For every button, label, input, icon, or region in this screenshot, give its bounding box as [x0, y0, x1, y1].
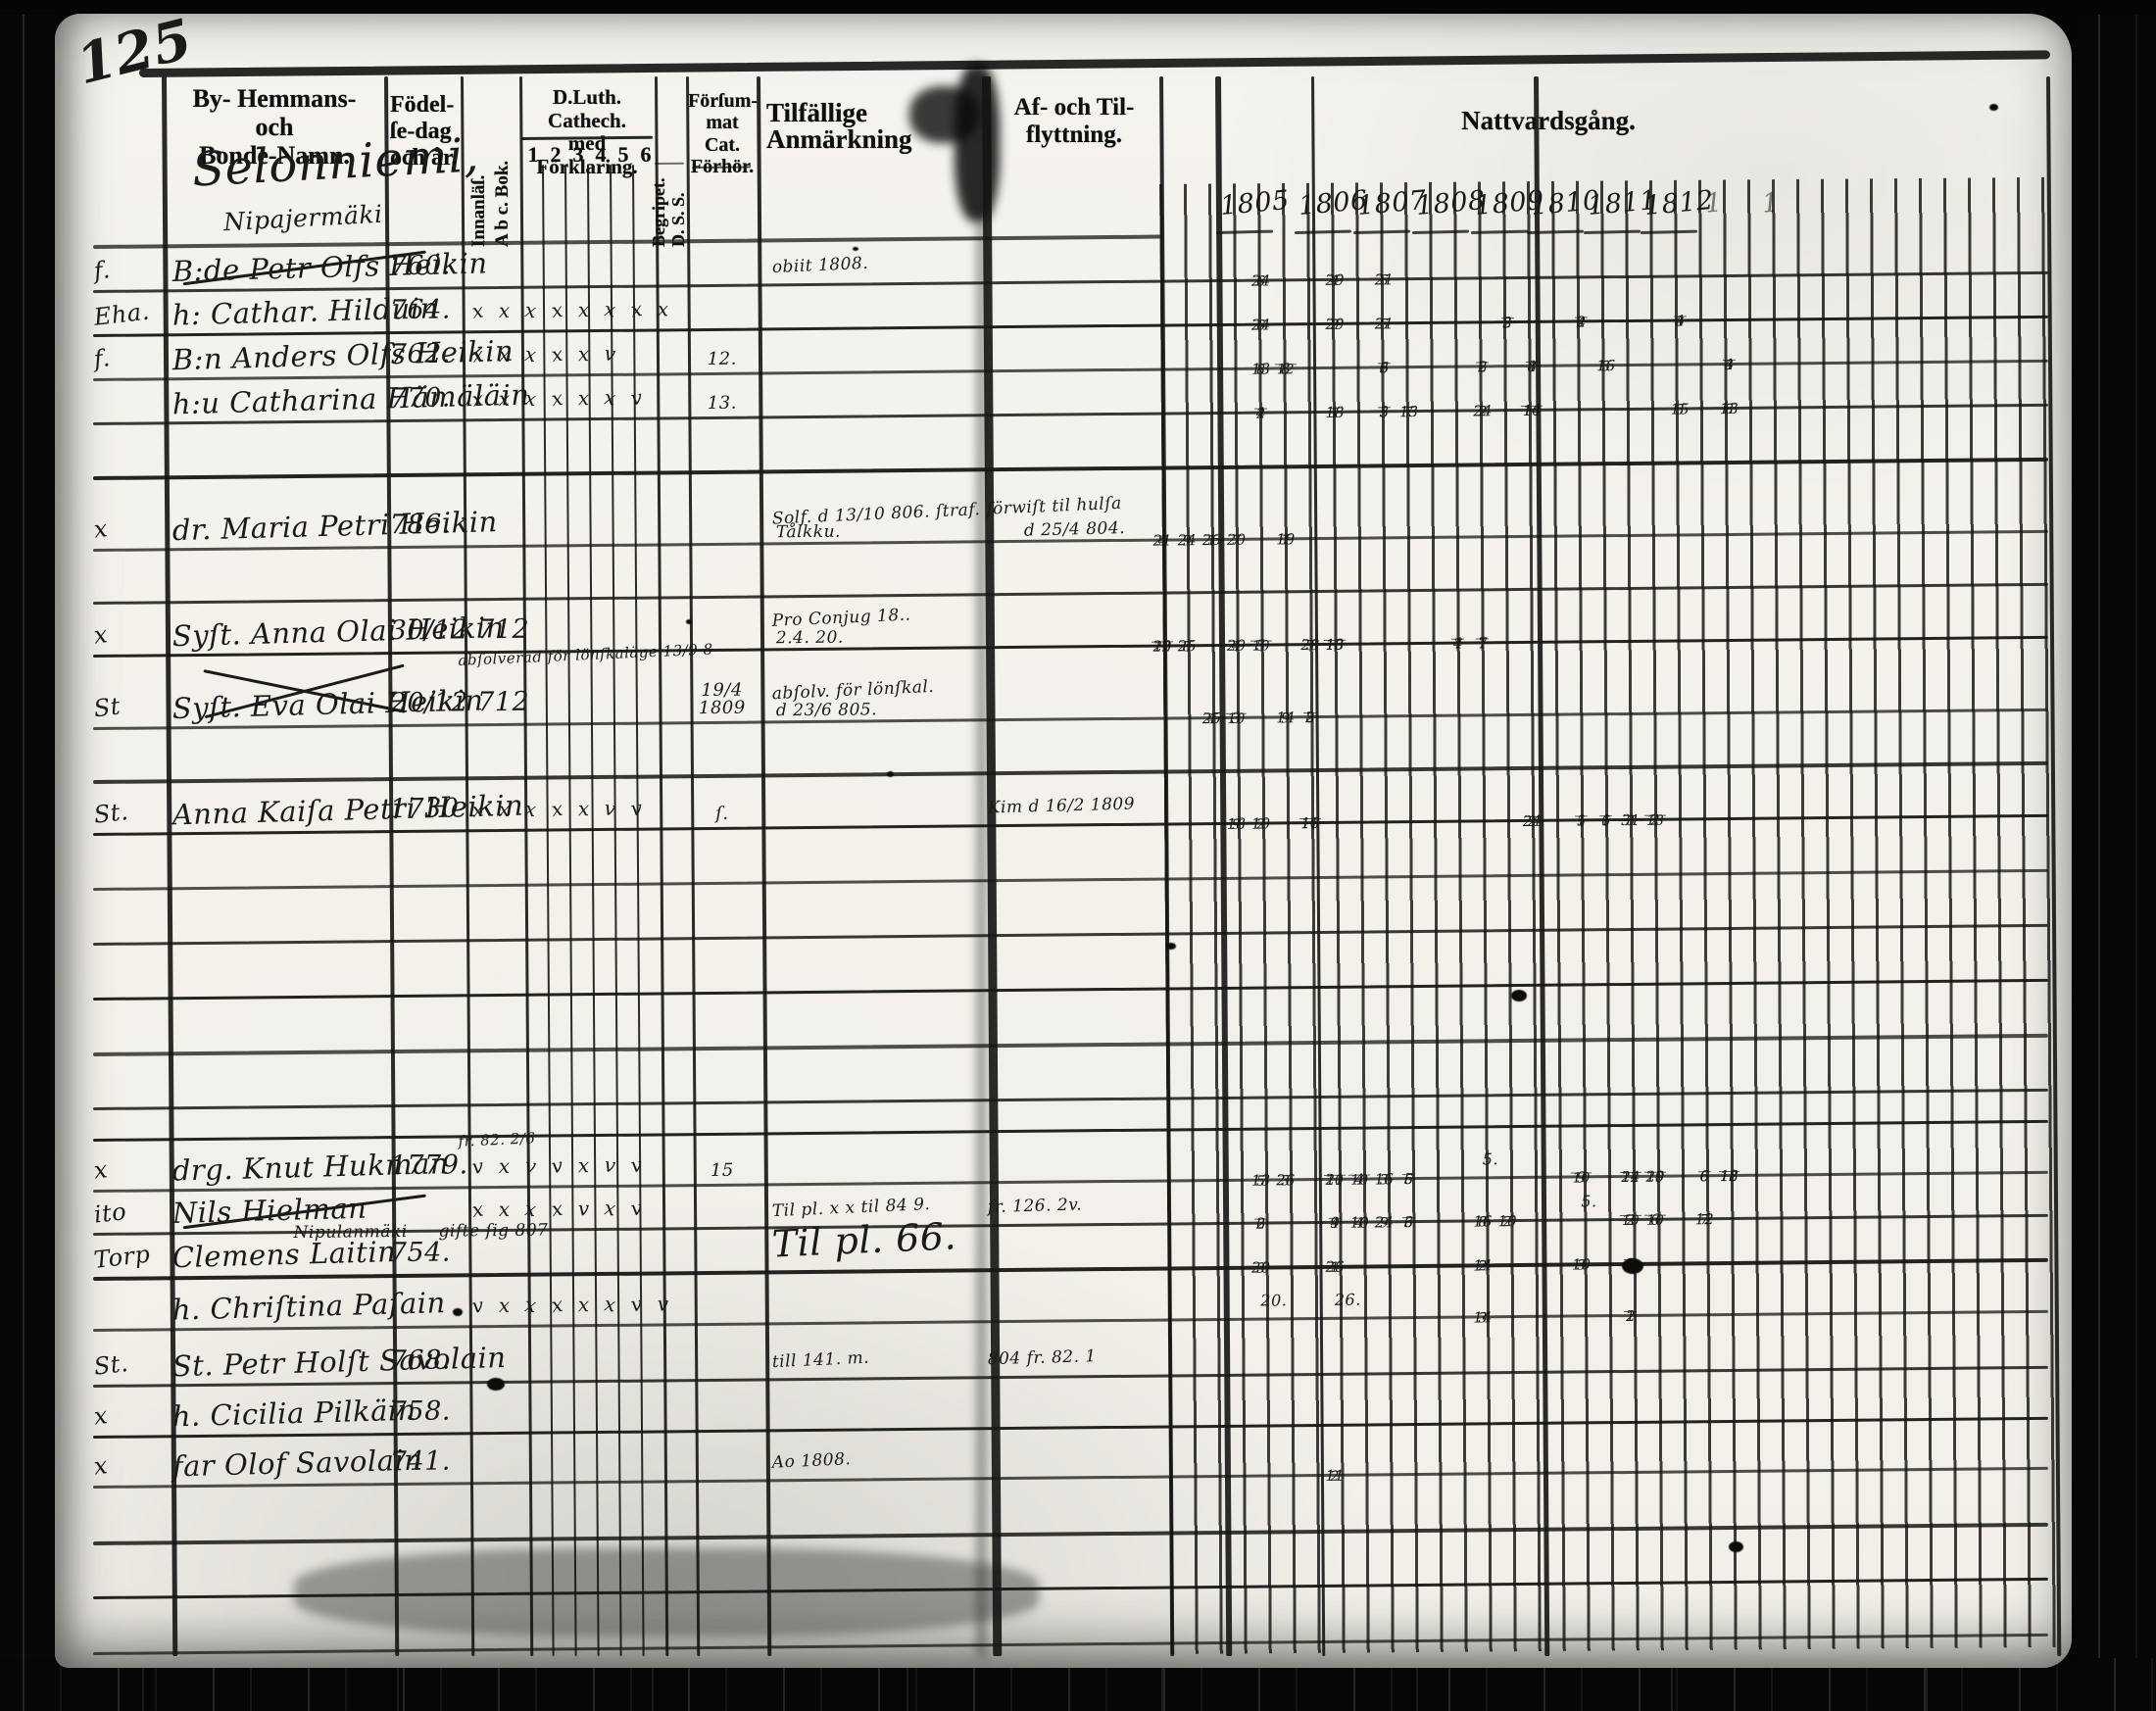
forsummat-value: 19/41809	[690, 682, 755, 718]
column-header-abc-line1: A b c. Bok.	[492, 90, 513, 247]
catechism-subcolumn-number: 1	[523, 143, 543, 168]
communion-year-label: 1	[1761, 187, 1781, 219]
farm-note: Nipulanmäki	[293, 1222, 407, 1243]
check-mark: x	[578, 342, 590, 366]
margin-mark: St.	[92, 798, 129, 829]
birth-year: 741.	[390, 1445, 451, 1477]
ink-blot	[1166, 943, 1176, 950]
check-mark: x	[499, 1198, 511, 1221]
dss-header-rule	[655, 163, 684, 165]
check-mark: v	[523, 1153, 538, 1178]
migration-note: 804 fr. 82. 1	[988, 1346, 1097, 1369]
check-mark: x	[578, 1153, 590, 1177]
check-mark: x	[523, 342, 538, 367]
margin-mark: x	[92, 514, 109, 543]
communion-date: 26.	[1335, 1291, 1361, 1309]
check-mark: v	[603, 1152, 617, 1177]
birth-year: 758.	[390, 1395, 451, 1427]
person-name: St. Petr Holſt Savolain	[171, 1341, 507, 1383]
person-name: h. Chriſtina Paſain	[171, 1286, 446, 1327]
ink-blot	[686, 619, 692, 624]
check-mark: x	[550, 797, 564, 821]
check-mark: x	[499, 798, 511, 821]
margin-mark: St.	[92, 1349, 129, 1381]
person-name: Anna Kaiſa Petri Heikin	[171, 789, 523, 832]
forsummat-value: 13.	[690, 395, 755, 414]
birth-year: 20/12 712	[390, 687, 530, 718]
ink-blot	[453, 1308, 463, 1316]
remark-note-2: d 23/6 805.	[776, 700, 877, 720]
check-mark: x	[578, 386, 590, 410]
check-mark: v	[550, 1153, 564, 1178]
check-mark: v	[629, 385, 644, 410]
column-header-forsummat: Förſum- mat Cat. Förhör.	[688, 90, 757, 178]
person-name: h. Cicilia Pilkäin	[171, 1393, 416, 1434]
remark-note-2: 2.4. 20.	[776, 628, 844, 649]
birth-year: 770.	[390, 382, 451, 414]
communion-year-label: 1	[1704, 187, 1724, 219]
check-mark: v	[603, 796, 617, 820]
check-mark: v	[629, 1196, 644, 1220]
check-mark: v	[629, 1292, 644, 1316]
check-mark: x	[499, 343, 511, 367]
remark-note: obiit 1808.	[771, 254, 868, 277]
check-mark: v	[629, 796, 644, 820]
ink-blot	[487, 1378, 505, 1391]
ink-blot	[1729, 1541, 1743, 1552]
check-mark: v	[470, 1293, 485, 1317]
margin-mark: ito	[92, 1198, 127, 1229]
forsummat-value: 12.	[690, 351, 755, 369]
remark-note-2: Tålkku.	[776, 522, 841, 543]
communion-date: 5.	[1581, 1192, 1596, 1210]
check-mark: v	[470, 1153, 485, 1178]
margin-mark: Torp	[92, 1241, 151, 1274]
column-header-communion: Nattvardsgång.	[1401, 106, 1695, 135]
ink-blot	[887, 771, 894, 777]
check-mark: x	[523, 386, 538, 411]
check-mark: x	[470, 1197, 485, 1221]
column-header-flytt: Af- och Til- flyttning.	[990, 94, 1158, 149]
scanned-parish-register: 125 By- Hemmans- och Bonde-Namn. Selonni…	[0, 0, 2156, 1711]
ink-blot	[1511, 990, 1527, 1002]
check-mark: v	[578, 1197, 590, 1220]
margin-mark: x	[92, 1155, 109, 1184]
margin-mark: St	[92, 692, 122, 722]
communion-date: 20.	[1260, 1291, 1287, 1309]
check-mark: x	[603, 297, 617, 321]
catechism-subcolumn-number: 2	[546, 143, 565, 168]
check-mark: x	[523, 1197, 538, 1221]
migration-note: fr. 126. 2v.	[988, 1195, 1083, 1217]
check-mark: x	[523, 1293, 538, 1317]
check-mark: x	[499, 1154, 511, 1178]
birth-year: 786.	[390, 509, 451, 540]
check-mark: x	[603, 385, 617, 410]
margin-mark: f.	[92, 256, 112, 285]
margin-mark: x	[92, 620, 109, 649]
check-mark: x	[629, 297, 644, 321]
column-header-abc-line2: Innanläſ.	[468, 90, 489, 247]
farm-note-2: gifte ſig 807	[438, 1221, 548, 1242]
check-mark: x	[550, 298, 564, 322]
column-header-birth: Födel- ſe-dag och år.	[390, 92, 459, 171]
check-mark: x	[499, 299, 511, 322]
ink-blot	[1989, 104, 1998, 111]
check-mark: x	[658, 297, 669, 320]
catechism-subcolumn-number: 5	[613, 143, 633, 168]
catechism-subcolumn-number: 3	[568, 143, 588, 168]
forsummat-value: 15	[690, 1162, 755, 1181]
migration-note: d 25/4 804.	[1024, 518, 1126, 541]
ink-blot	[1622, 1258, 1643, 1274]
forsummat-value: ſ.	[690, 806, 755, 824]
birth-year: 762.	[390, 338, 451, 369]
column-header-remarks: Tilfällige Anmärkning	[766, 100, 992, 153]
remark-note: Ao 1808.	[771, 1449, 851, 1473]
check-mark: v	[629, 1152, 644, 1177]
birth-year: 768.	[390, 1344, 451, 1376]
margin-mark: Eha.	[92, 298, 151, 331]
check-mark: v	[603, 341, 617, 366]
margin-mark: x	[92, 1401, 109, 1430]
migration-note: Kim d 16/2 1809	[988, 794, 1136, 817]
communion-date: 5.	[1483, 1149, 1498, 1168]
birth-year: 760.	[390, 250, 451, 281]
catechism-subcolumn-number: 4	[591, 143, 611, 168]
birth-year: 764.	[390, 294, 451, 325]
check-mark: x	[470, 298, 485, 322]
check-mark: x	[523, 797, 538, 821]
margin-mark: f.	[92, 344, 112, 373]
check-mark: x	[499, 387, 511, 411]
check-mark: v	[658, 1292, 669, 1315]
check-mark: x	[578, 298, 590, 321]
remark-note: Til pl. 66.	[771, 1214, 957, 1265]
check-mark: x	[499, 1294, 511, 1317]
remark-note: till 141. m.	[771, 1348, 869, 1372]
person-name: B:n Anders Olfs Heikin	[171, 334, 514, 376]
check-mark: x	[603, 1292, 617, 1316]
catechism-note: fr. 82. 2/6	[458, 1129, 536, 1149]
column-header-dss-line1: D. S. S.	[668, 90, 688, 247]
check-mark: x	[523, 298, 538, 322]
person-name: far Olof Savolain	[171, 1443, 422, 1484]
check-mark: x	[578, 797, 590, 820]
birth-year: 1779.	[390, 1149, 468, 1181]
column-header-dss-line2: Begripet.	[649, 90, 668, 247]
communion-year-label: 1805	[1219, 185, 1291, 221]
ink-blot	[853, 247, 858, 251]
birth-year: 754.	[390, 1237, 451, 1268]
check-mark: x	[578, 1293, 590, 1316]
check-mark: x	[550, 342, 564, 367]
birth-year: 1730	[390, 793, 460, 824]
scan-edge-top	[0, 0, 2156, 15]
check-mark: x	[550, 1197, 564, 1221]
check-mark: x	[550, 1293, 564, 1317]
check-mark: x	[550, 386, 564, 411]
margin-mark: x	[92, 1451, 109, 1480]
check-mark: x	[603, 1196, 617, 1220]
birth-year: 30/12 712	[390, 614, 530, 646]
